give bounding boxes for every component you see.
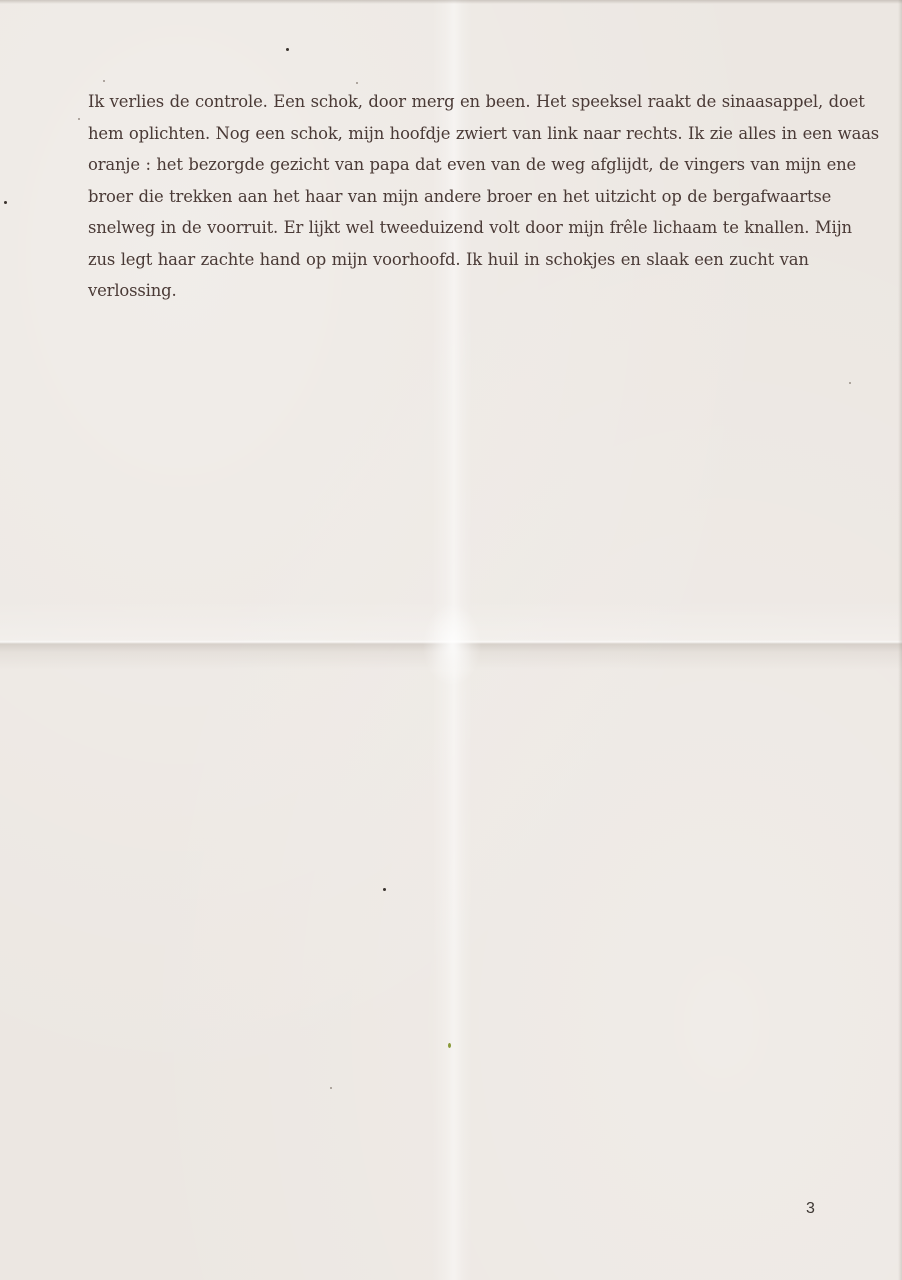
paper-speck xyxy=(448,1043,451,1048)
paper-speck xyxy=(103,80,105,82)
body-paragraph: Ik verlies de controle. Een schok, door … xyxy=(88,86,833,307)
page-top-edge xyxy=(0,0,902,4)
fold-intersection xyxy=(420,600,484,690)
text-line: zus legt haar zachte hand op mijn voorho… xyxy=(88,244,833,276)
paper-speck xyxy=(849,382,851,384)
scanned-page: Ik verlies de controle. Een schok, door … xyxy=(0,0,902,1280)
text-line: Ik verlies de controle. Een schok, door … xyxy=(88,86,833,118)
paper-speck xyxy=(78,118,80,120)
text-line: broer die trekken aan het haar van mijn … xyxy=(88,181,833,213)
page-right-edge xyxy=(898,0,902,1280)
text-line: verlossing. xyxy=(88,275,833,307)
paper-speck xyxy=(383,888,386,891)
paper-speck xyxy=(330,1087,332,1089)
paper-speck xyxy=(356,82,358,84)
paper-speck xyxy=(4,201,7,204)
text-line: hem oplichten. Nog een schok, mijn hoofd… xyxy=(88,118,833,150)
text-line: snelweg in de voorruit. Er lijkt wel twe… xyxy=(88,212,833,244)
paper-speck xyxy=(286,48,289,51)
text-line: oranje : het bezorgde gezicht van papa d… xyxy=(88,149,833,181)
page-number: 3 xyxy=(806,1200,815,1218)
